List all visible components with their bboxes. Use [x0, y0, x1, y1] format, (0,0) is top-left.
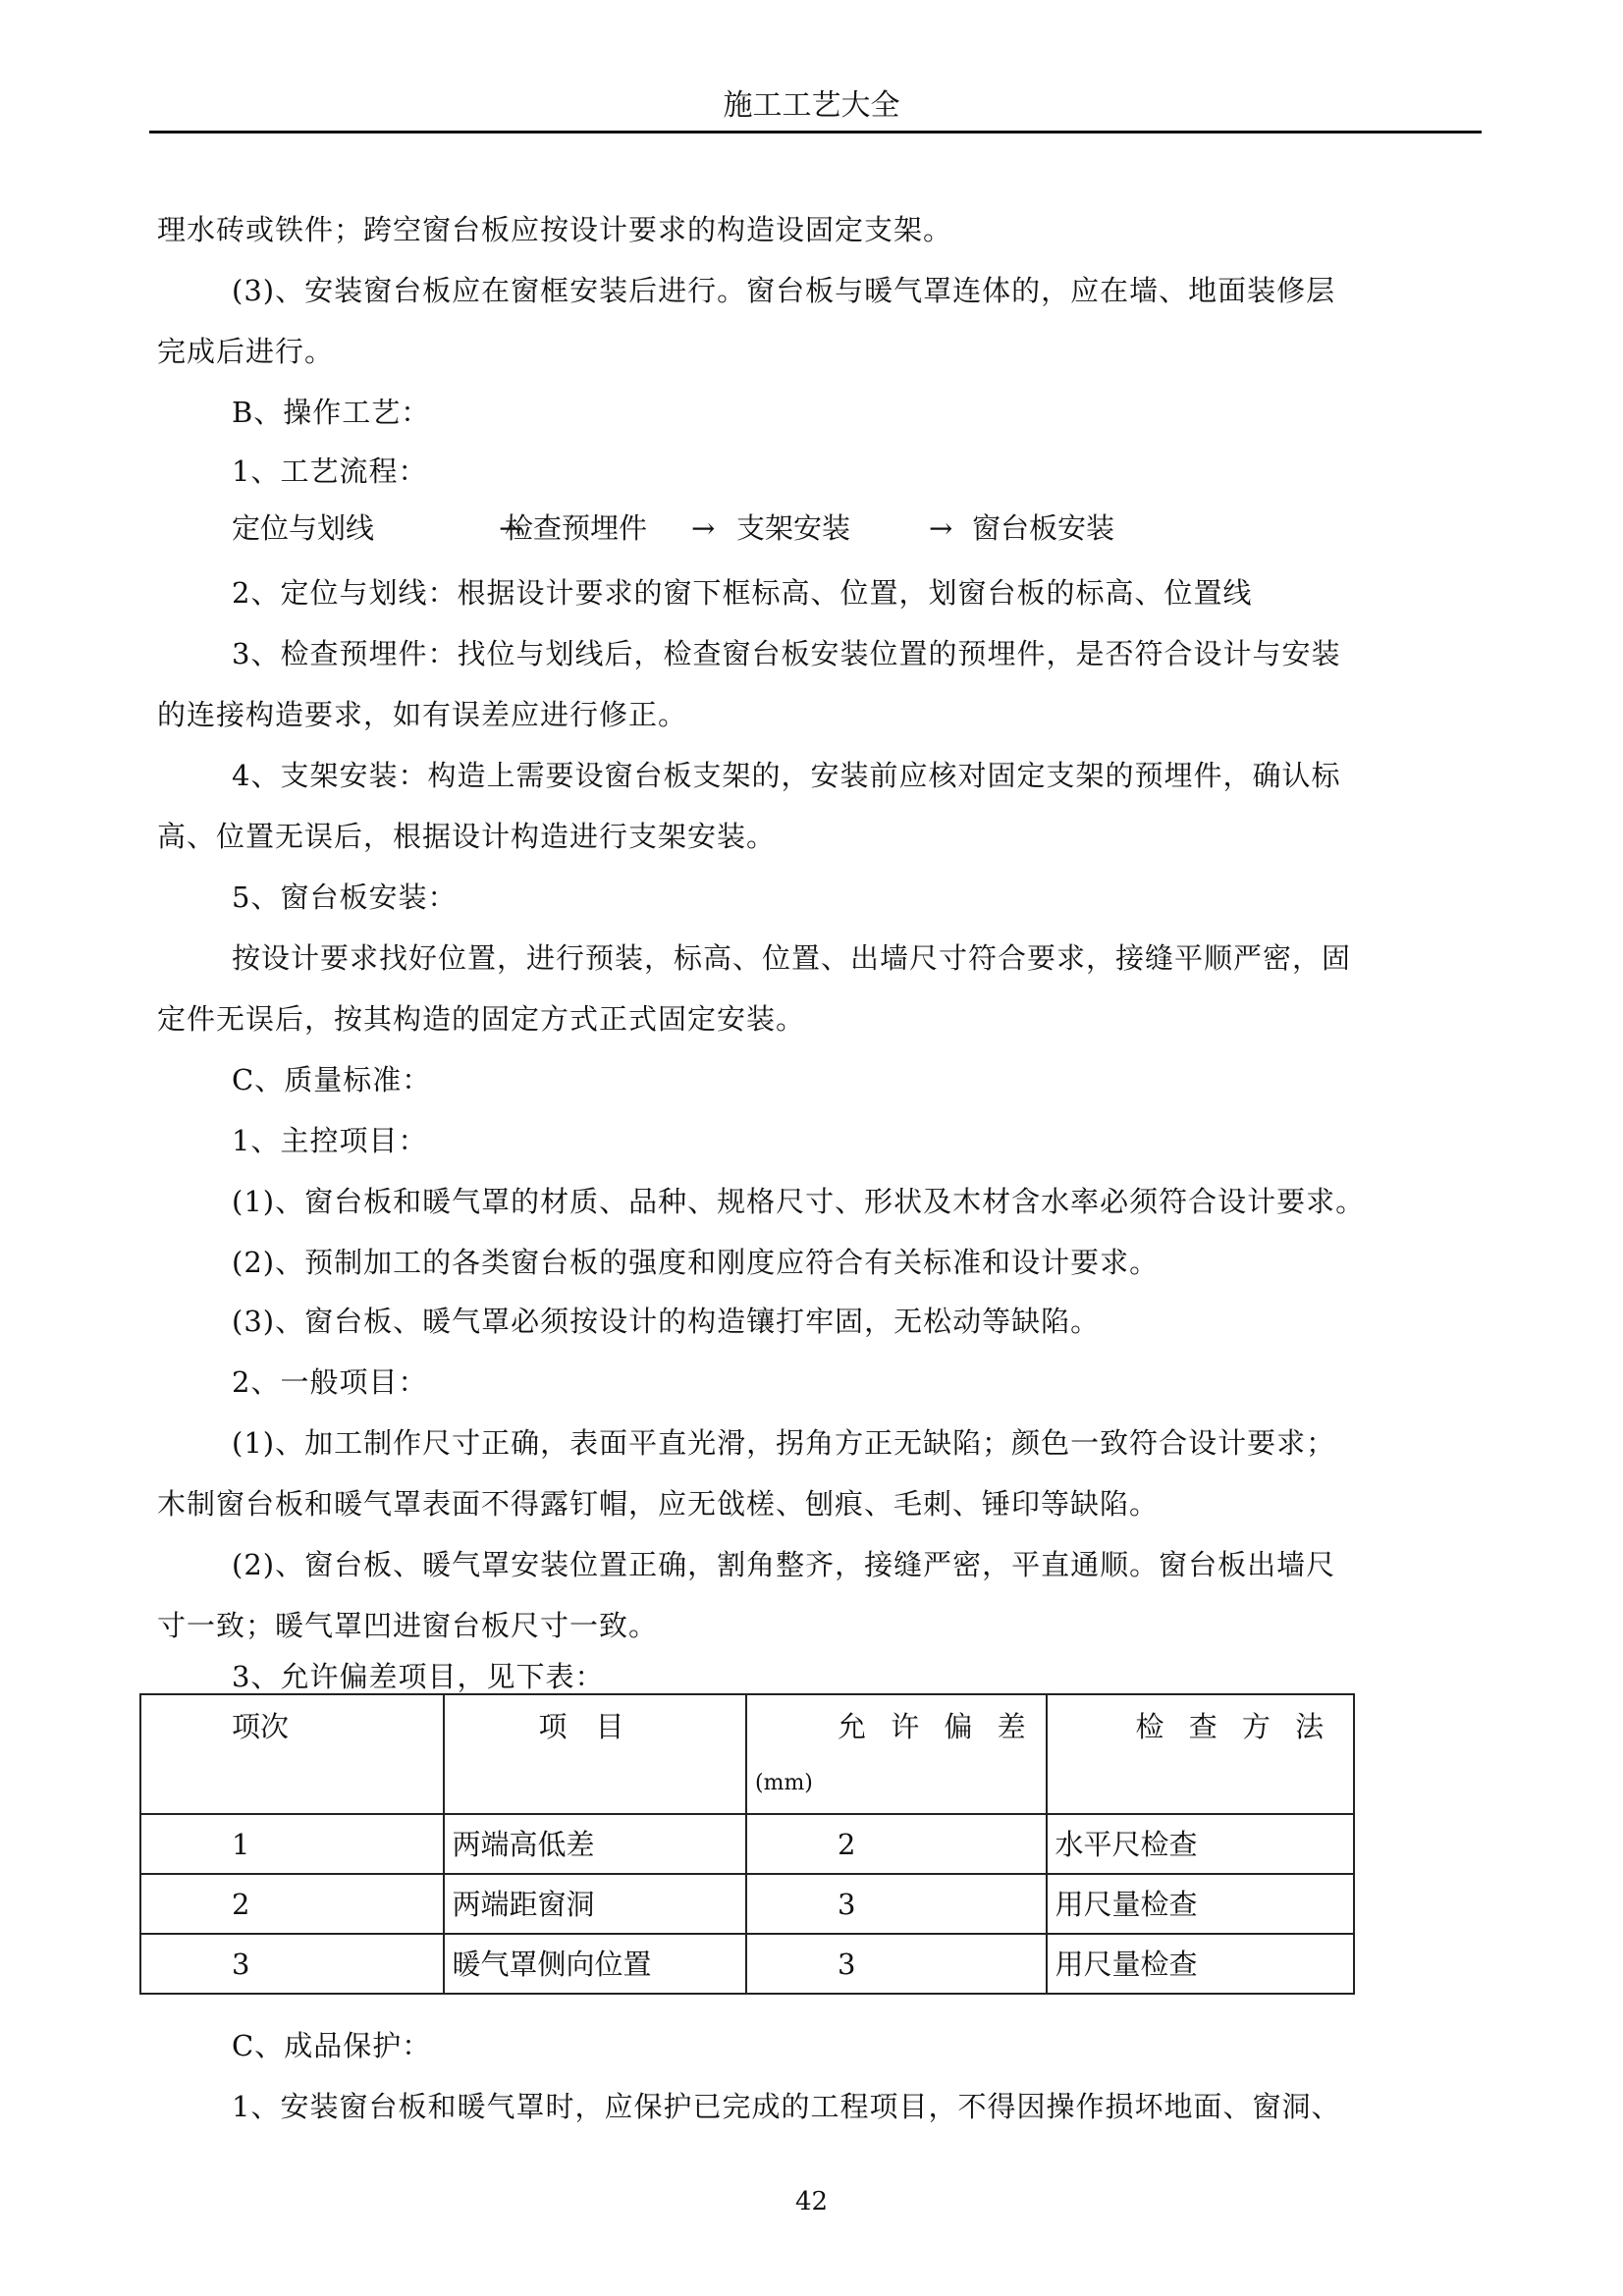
paragraph-line: (2)、窗台板、暖气罩安装位置正确，割角整齐，接缝严密，平直通顺。窗台板出墙尺: [232, 1545, 1335, 1584]
paragraph-line: (2)、预制加工的各类窗台板的强度和刚度应符合有关标准和设计要求。: [232, 1243, 1159, 1282]
header-cell-tolerance: 允 许 偏 差 (mm): [746, 1694, 1047, 1814]
paragraph-line: 2、一般项目：: [232, 1362, 427, 1402]
paragraph-line: 的连接构造要求，如有误差应进行修正。: [157, 695, 687, 734]
paragraph-line: 定件无误后，按其构造的固定方式正式固定安装。: [157, 999, 805, 1039]
flow-step-4: 窗台板安装: [972, 508, 1114, 548]
paragraph-line: 2、定位与划线：根据设计要求的窗下框标高、位置，划窗台板的标高、位置线: [232, 573, 1252, 613]
table-row: 3 暖气罩侧向位置 3 用尺量检查: [140, 1934, 1354, 1994]
running-header-title: 施工工艺大全: [0, 86, 1623, 126]
paragraph-line: (3)、窗台板、暖气罩必须按设计的构造镶打牢固，无松动等缺陷。: [232, 1302, 1100, 1341]
paragraph-line: 寸一致；暖气罩凹进窗台板尺寸一致。: [157, 1606, 658, 1645]
paragraph-line: 1、安装窗台板和暖气罩时，应保护已完成的工程项目，不得因操作损坏地面、窗洞、: [232, 2087, 1340, 2126]
paragraph-line: 按设计要求找好位置，进行预装，标高、位置、出墙尺寸符合要求，接缝平顺严密，固: [232, 938, 1351, 978]
paragraph-line: B、操作工艺：: [232, 393, 430, 432]
paragraph-line: 1、工艺流程：: [232, 452, 427, 491]
header-cell-item: 项 目: [444, 1694, 747, 1814]
paragraph-line: 5、窗台板安装：: [232, 878, 457, 917]
paragraph-line: (1)、加工制作尺寸正确，表面平直光滑，拐角方正无缺陷；颜色一致符合设计要求；: [232, 1423, 1335, 1463]
header-cell-no: 项次: [140, 1694, 444, 1814]
table-row: 1 两端高低差 2 水平尺检查: [140, 1814, 1354, 1874]
paragraph-line: 3、允许偏差项目，见下表：: [232, 1657, 604, 1696]
paragraph-line: 木制窗台板和暖气罩表面不得露钉帽，应无戗槎、刨痕、毛刺、锤印等缺陷。: [157, 1484, 1159, 1523]
paragraph-line: 3、检查预埋件：找位与划线后，检查窗台板安装位置的预埋件，是否符合设计与安装: [232, 634, 1340, 673]
header-cell-method: 检 查 方 法: [1047, 1694, 1355, 1814]
header-divider: [149, 131, 1482, 133]
flow-arrow-icon: →: [929, 508, 952, 548]
table-header-row: 项次 项 目 允 许 偏 差 (mm) 检 查 方 法: [140, 1694, 1354, 1814]
flow-step-1: 定位与划线: [232, 508, 374, 548]
flow-step-2: 检查预埋件: [505, 508, 647, 548]
paragraph-line: 1、主控项目：: [232, 1121, 427, 1160]
table-row: 2 两端距窗洞 3 用尺量检查: [140, 1874, 1354, 1934]
paragraph-line: 高、位置无误后，根据设计构造进行支架安装。: [157, 817, 776, 856]
paragraph-line: 4、支架安装：构造上需要设窗台板支架的，安装前应核对固定支架的预埋件，确认标: [232, 756, 1340, 795]
allowable-deviation-table: 项次 项 目 允 许 偏 差 (mm) 检 查 方 法 1 两端高低差 2 水平…: [139, 1693, 1355, 1995]
paragraph-line: C、质量标准：: [232, 1060, 431, 1099]
paragraph-line: (1)、窗台板和暖气罩的材质、品种、规格尺寸、形状及木材含水率必须符合设计要求。: [232, 1182, 1365, 1221]
paragraph-line: 完成后进行。: [157, 332, 334, 371]
page-number: 42: [0, 2187, 1623, 2216]
paragraph-line: 理水砖或铁件；跨空窗台板应按设计要求的构造设固定支架。: [157, 210, 952, 249]
paragraph-line: C、成品保护：: [232, 2026, 431, 2065]
unit-label: (mm): [755, 1764, 813, 1803]
flow-arrow-icon: →: [691, 508, 715, 548]
flow-step-3: 支架安装: [736, 508, 850, 548]
paragraph-line: (3)、安装窗台板应在窗框安装后进行。窗台板与暖气罩连体的，应在墙、地面装修层: [232, 271, 1335, 310]
